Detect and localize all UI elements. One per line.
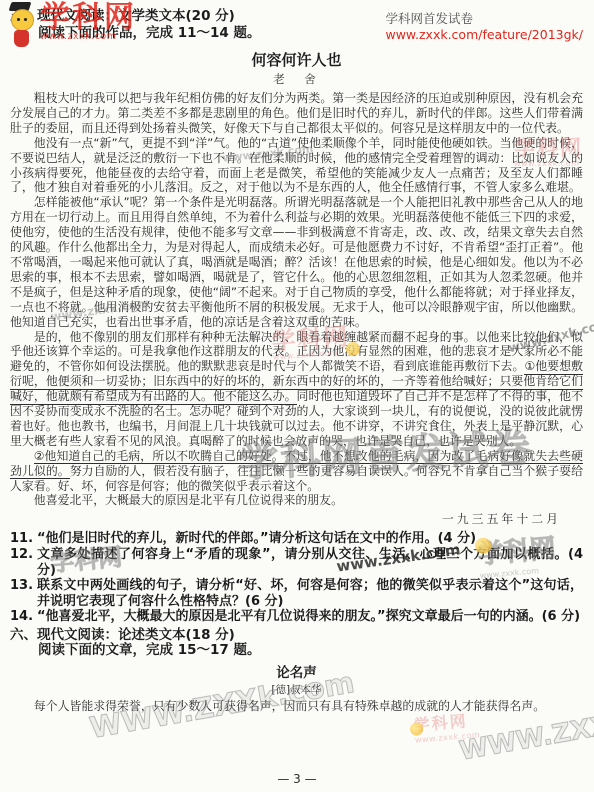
essay-text: 努力自励的人，假若没有脑子，往往比懒一些的更容易自误误人。何容兄不肯拿自己当个猴… <box>10 464 583 493</box>
question-text: 联系文中两处画线的句子，请分析“好、坏，何容是何容；他的微笑似乎表示着这个”这句… <box>37 578 583 609</box>
question-text: “他喜爱北平，大概最大的原因是北平有几位说得来的朋友。”探究文章最后一句的内涵。… <box>37 609 580 624</box>
essay-paragraph: 怎样能被他“承认”呢？第一个条件是光明磊落。所谓光明磊落就是一个人能把旧礼教中那… <box>10 195 583 329</box>
question-item: 14.“他喜爱北平，大概最大的原因是北平有几位说得来的朋友。”探究文章最后一句的… <box>10 609 583 625</box>
brand-watermark: 学科网 www.zxxk.com <box>413 709 481 745</box>
question-item: 11.“他们是旧时代的弃儿，新时代的伴郎。”请分析这句话在文中的作用。(4 分) <box>10 531 583 547</box>
section-five-header: 五、现代文阅读：文学类文本(20 分) 阅读下面的作品，完成 11～14 题。 <box>10 8 260 42</box>
section-six-paragraph: 每个人皆能求得荣誉，只有少数人可获得名声，因而只有具有特殊卓越的成就的人才能获得… <box>10 699 583 714</box>
section-five-instruction: 阅读下面的作品，完成 11～14 题。 <box>10 25 260 42</box>
essay-paragraph: 粗枝大叶的我可以把与我年纪相仿佛的好友们分为两类。第一类是因经济的压迫或别种原因… <box>10 91 583 136</box>
essay-text: 他没有一点“新”气，更提不到“洋”气。他的“古道”使他柔顺像个羊，同时能使他硬如… <box>10 136 583 195</box>
essay-date: 一九三五年十二月 <box>10 510 583 527</box>
section-six-essay-title: 论名声 <box>10 661 583 681</box>
publisher-url: www.zxxk.com/feature/2013gk/ <box>385 27 583 43</box>
publisher-header: 学科网首发试卷 www.zxxk.com/feature/2013gk/ <box>385 8 583 43</box>
essay-title: 何容何许人也 <box>10 49 583 70</box>
essay-paragraph: 他喜爱北平，大概最大的原因是北平有几位说得来的朋友。 <box>10 493 583 508</box>
essay-author: 老 舍 <box>10 71 583 87</box>
question-number: 11. <box>10 531 33 547</box>
question-item: 13.联系文中两处画线的句子，请分析“好、坏，何容是何容；他的微笑似乎表示着这个… <box>10 578 583 609</box>
mascot-dot-watermark <box>410 722 424 736</box>
essay-text: 粗枝大叶的我可以把与我年纪相仿佛的好友们分为两类。第一类是因经济的压迫或别种原因… <box>10 91 583 135</box>
exam-page: 五、现代文阅读：文学类文本(20 分) 阅读下面的作品，完成 11～14 题。 … <box>0 0 594 792</box>
page-header: 五、现代文阅读：文学类文本(20 分) 阅读下面的作品，完成 11～14 题。 … <box>10 8 583 43</box>
question-number: 13. <box>10 578 33 594</box>
mascot-dot-watermark <box>346 342 360 356</box>
essay-paragraph: 他没有一点“新”气，更提不到“洋”气。他的“古道”使他柔顺像个羊，同时能使他硬如… <box>10 136 583 196</box>
section-five-title: 五、现代文阅读：文学类文本(20 分) <box>10 8 260 25</box>
question-number: 14. <box>10 609 33 625</box>
question-number: 12. <box>10 547 33 563</box>
essay-text: 是的，他不像别的朋友们那样有种种无法解决的、眼看着越缠越紧而翻不起身的事。以他来… <box>10 330 583 374</box>
page-number: — 3 — <box>0 772 594 786</box>
brand-watermark-url: www.zxxk.com <box>415 730 481 745</box>
section-six-essay-author: [德]叔本华 <box>10 682 583 697</box>
section-six-instruction: 阅读下面的文章，完成 15～17 题。 <box>10 643 583 659</box>
question-text: 文章多处描述了何容身上“矛盾的现象”，请分别从交往、生活、心理三个方面加以概括。… <box>37 547 583 578</box>
essay-text: 怎样能被他“承认”呢？第一个条件是光明磊落。所谓光明磊落就是一个人能把旧礼教中那… <box>10 195 583 328</box>
question-list: 11.“他们是旧时代的弃儿，新时代的伴郎。”请分析这句话在文中的作用。(4 分)… <box>10 531 583 625</box>
question-text: “他们是旧时代的弃儿，新时代的伴郎。”请分析这句话在文中的作用。(4 分) <box>37 531 476 546</box>
essay-body: 粗枝大叶的我可以把与我年纪相仿佛的好友们分为两类。第一类是因经济的压迫或别种原因… <box>10 91 583 508</box>
essay-text: 他喜爱北平，大概最大的原因是北平有几位说得来的朋友。 <box>34 493 343 507</box>
essay-paragraph: ②他知道自己的毛病，所以不吹腾自己的好处。不过，他不想改他的毛病，因为改了毛病好… <box>10 449 583 494</box>
question-item: 12.文章多处描述了何容身上“矛盾的现象”，请分别从交往、生活、心理三个方面加以… <box>10 547 583 578</box>
publisher-note: 学科网首发试卷 <box>385 11 583 27</box>
essay-paragraph: 是的，他不像别的朋友们那样有种种无法解决的、眼看着越缠越紧而翻不起身的事。以他来… <box>10 330 583 449</box>
